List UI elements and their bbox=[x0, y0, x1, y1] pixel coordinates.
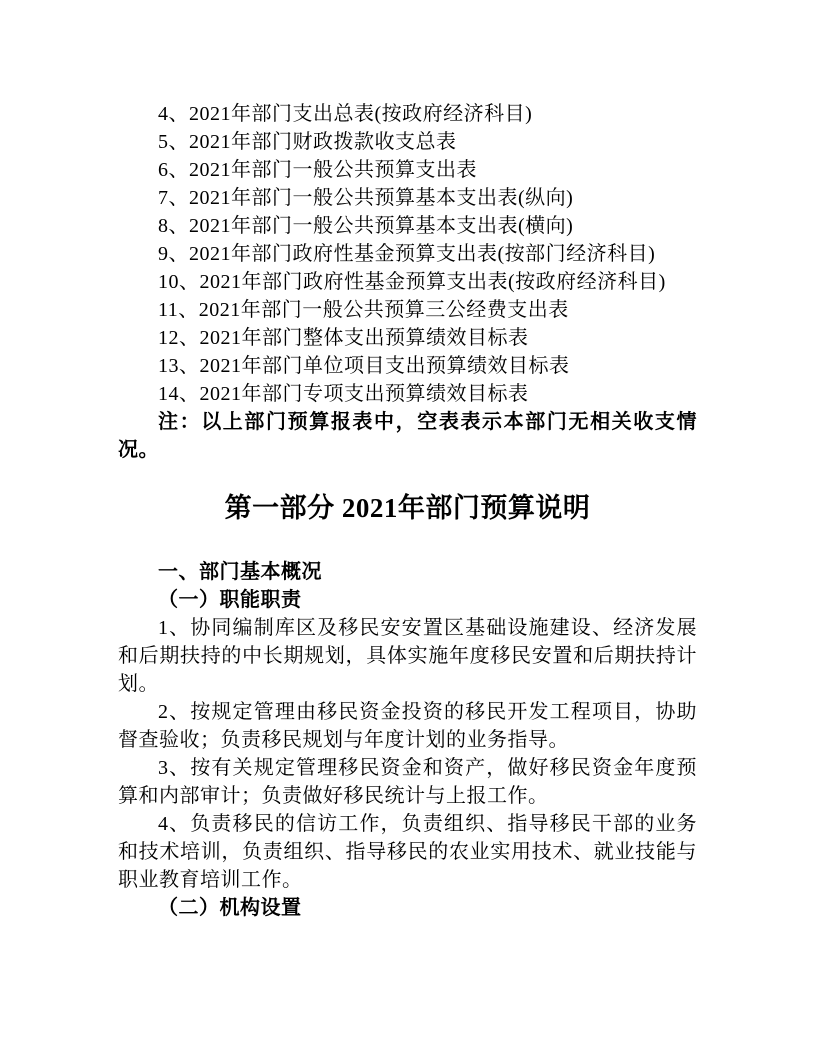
toc-item-9: 9、2021年部门政府性基金预算支出表(按部门经济科目) bbox=[118, 240, 697, 268]
heading-duties: （一）职能职责 bbox=[118, 586, 697, 614]
duty-paragraph-1: 1、协同编制库区及移民安安置区基础设施建设、经济发展和后期扶持的中长期规划，具体… bbox=[118, 614, 697, 698]
duty-paragraph-2: 2、按规定管理由移民资金投资的移民开发工程项目，协助督查验收；负责移民规划与年度… bbox=[118, 698, 697, 754]
toc-item-6: 6、2021年部门一般公共预算支出表 bbox=[118, 156, 697, 184]
duty-paragraph-4: 4、负责移民的信访工作，负责组织、指导移民干部的业务和技术培训，负责组织、指导移… bbox=[118, 810, 697, 894]
toc-item-13: 13、2021年部门单位项目支出预算绩效目标表 bbox=[118, 352, 697, 380]
heading-overview: 一、部门基本概况 bbox=[118, 558, 697, 586]
toc-item-11: 11、2021年部门一般公共预算三公经费支出表 bbox=[118, 296, 697, 324]
note-text: 注：以上部门预算报表中，空表表示本部门无相关收支情况。 bbox=[118, 408, 697, 464]
toc-item-7: 7、2021年部门一般公共预算基本支出表(纵向) bbox=[118, 184, 697, 212]
toc-item-14: 14、2021年部门专项支出预算绩效目标表 bbox=[118, 380, 697, 408]
duty-paragraph-3: 3、按有关规定管理移民资金和资产，做好移民资金年度预算和内部审计；负责做好移民统… bbox=[118, 754, 697, 810]
section-title: 第一部分 2021年部门预算说明 bbox=[118, 491, 697, 525]
toc-item-10: 10、2021年部门政府性基金预算支出表(按政府经济科目) bbox=[118, 268, 697, 296]
toc-item-8: 8、2021年部门一般公共预算基本支出表(横向) bbox=[118, 212, 697, 240]
toc-item-12: 12、2021年部门整体支出预算绩效目标表 bbox=[118, 324, 697, 352]
document-page: 4、2021年部门支出总表(按政府经济科目) 5、2021年部门财政拨款收支总表… bbox=[0, 0, 815, 1055]
heading-org: （二）机构设置 bbox=[118, 894, 697, 922]
toc-item-5: 5、2021年部门财政拨款收支总表 bbox=[118, 128, 697, 156]
toc-item-4: 4、2021年部门支出总表(按政府经济科目) bbox=[118, 100, 697, 128]
